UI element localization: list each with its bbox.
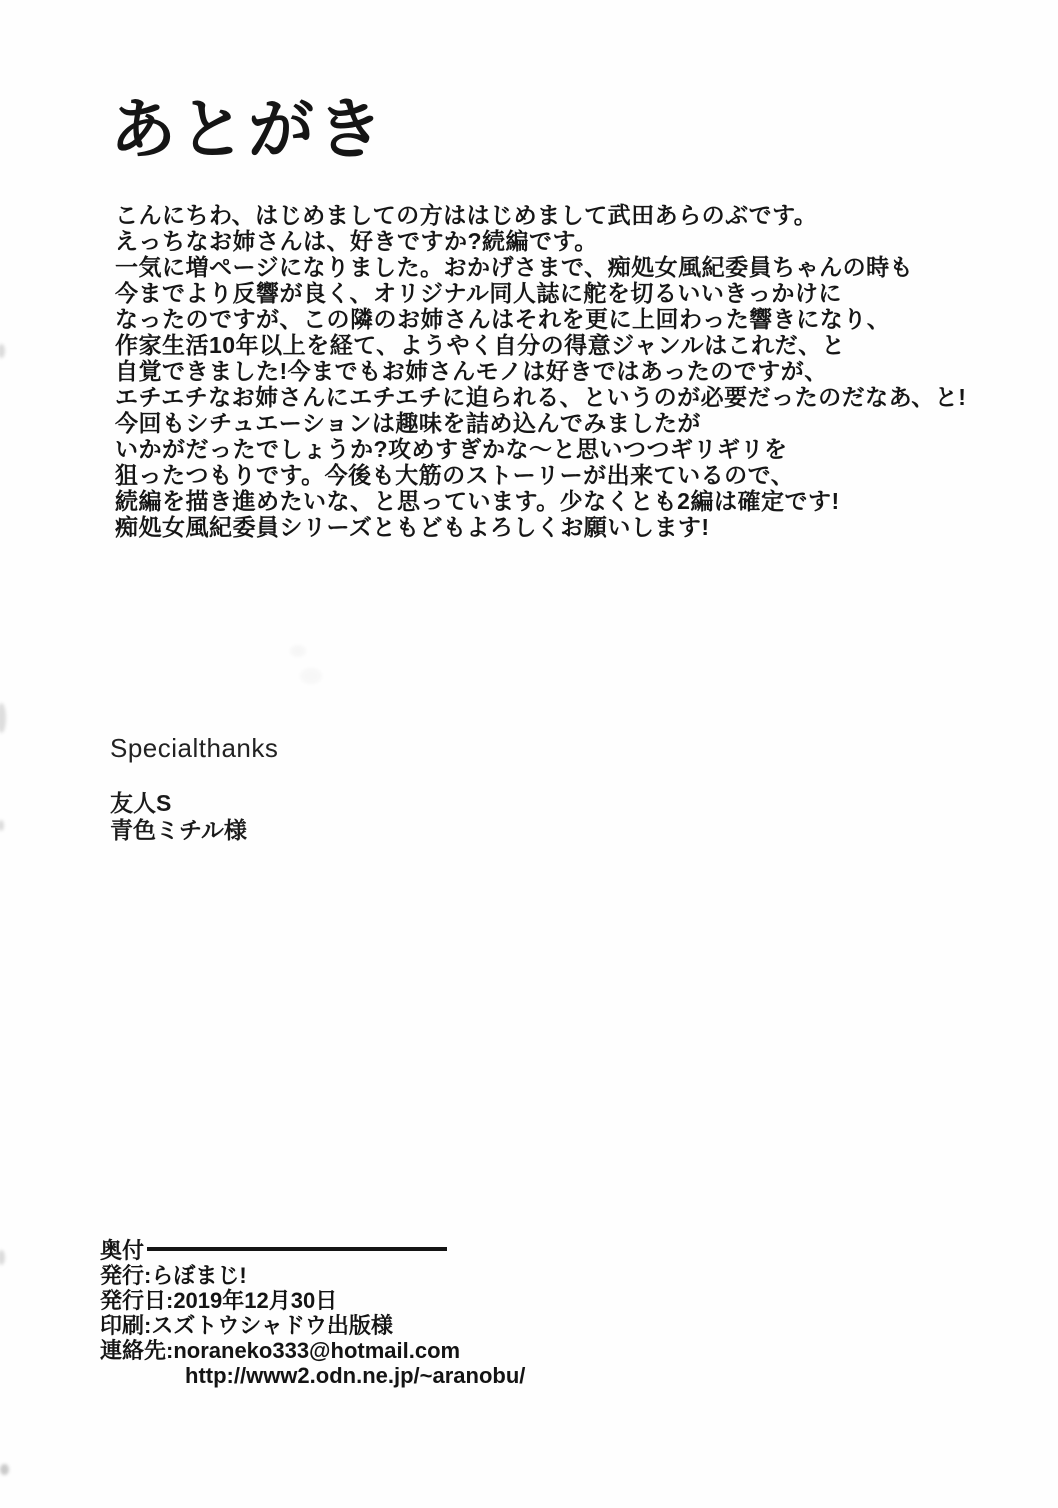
- colophon-section: 奥付 発行:らぼまじ! 発行日:2019年12月30日 印刷:スズトウシャドウ出…: [100, 1238, 525, 1388]
- body-text-line: エチエチなお姉さんにエチエチに迫られる、というのが必要だったのだなあ、と!: [115, 384, 995, 410]
- scan-artifact: [0, 820, 4, 831]
- special-thanks-names: 友人S 青色ミチル様: [110, 790, 278, 844]
- scan-artifact: [0, 344, 5, 358]
- body-text-line: 一気に増ページになりました。おかげさまで、痴処女風紀委員ちゃんの時も: [115, 254, 995, 280]
- colophon-line: 連絡先:noraneko333@hotmail.com: [100, 1338, 525, 1363]
- page-title: あとがき: [110, 96, 386, 162]
- scan-artifact: [0, 703, 6, 733]
- special-thanks-section: Specialthanks 友人S 青色ミチル様: [110, 733, 278, 844]
- colophon-heading: 奥付: [100, 1238, 144, 1263]
- body-text-line: 狙ったつもりです。今後も大筋のストーリーが出来ているので、: [115, 462, 995, 488]
- scan-artifact: [290, 645, 306, 657]
- special-thanks-name: 友人S: [110, 790, 278, 817]
- body-text-line: 今回もシチュエーションは趣味を詰め込んでみましたが: [115, 410, 995, 436]
- scan-artifact: [300, 668, 322, 684]
- body-text-line: 今までより反響が良く、オリジナル同人誌に舵を切るいいきっかけに: [115, 280, 995, 306]
- scan-artifact: [0, 1250, 5, 1265]
- body-text-line: いかがだったでしょうか?攻めすぎかな〜と思いつつギリギリを: [115, 436, 995, 462]
- colophon-lines: 発行:らぼまじ! 発行日:2019年12月30日 印刷:スズトウシャドウ出版様 …: [100, 1263, 525, 1363]
- special-thanks-heading: Specialthanks: [110, 733, 278, 764]
- colophon-line: 発行日:2019年12月30日: [100, 1288, 525, 1313]
- colophon-line: 印刷:スズトウシャドウ出版様: [100, 1313, 525, 1338]
- body-text-line: 続編を描き進めたいな、と思っています。少なくとも2編は確定です!: [115, 488, 995, 514]
- afterword-page: あとがき こんにちわ、はじめましての方ははじめまして武田あらのぶです。 えっちな…: [0, 0, 1058, 1508]
- special-thanks-name: 青色ミチル様: [110, 817, 278, 844]
- body-text-line: なったのですが、この隣のお姉さんはそれを更に上回わった響きになり、: [115, 306, 995, 332]
- body-text-line: 作家生活10年以上を経て、ようやく自分の得意ジャンルはこれだ、と: [115, 332, 995, 358]
- colophon-divider-rule: [147, 1247, 447, 1251]
- scan-artifact: [0, 1464, 9, 1475]
- body-text-line: こんにちわ、はじめましての方ははじめまして武田あらのぶです。: [115, 202, 995, 228]
- colophon-line: 発行:らぼまじ!: [100, 1263, 525, 1288]
- body-text-line: えっちなお姉さんは、好きですか?続編です。: [115, 228, 995, 254]
- afterword-body: こんにちわ、はじめましての方ははじめまして武田あらのぶです。 えっちなお姉さんは…: [115, 202, 995, 540]
- body-text-line: 自覚できました!今までもお姉さんモノは好きではあったのですが、: [115, 358, 995, 384]
- website-url: http://www2.odn.ne.jp/~aranobu/: [100, 1363, 525, 1388]
- body-text-line: 痴処女風紀委員シリーズともどもよろしくお願いします!: [115, 514, 995, 540]
- colophon-heading-row: 奥付: [100, 1238, 525, 1263]
